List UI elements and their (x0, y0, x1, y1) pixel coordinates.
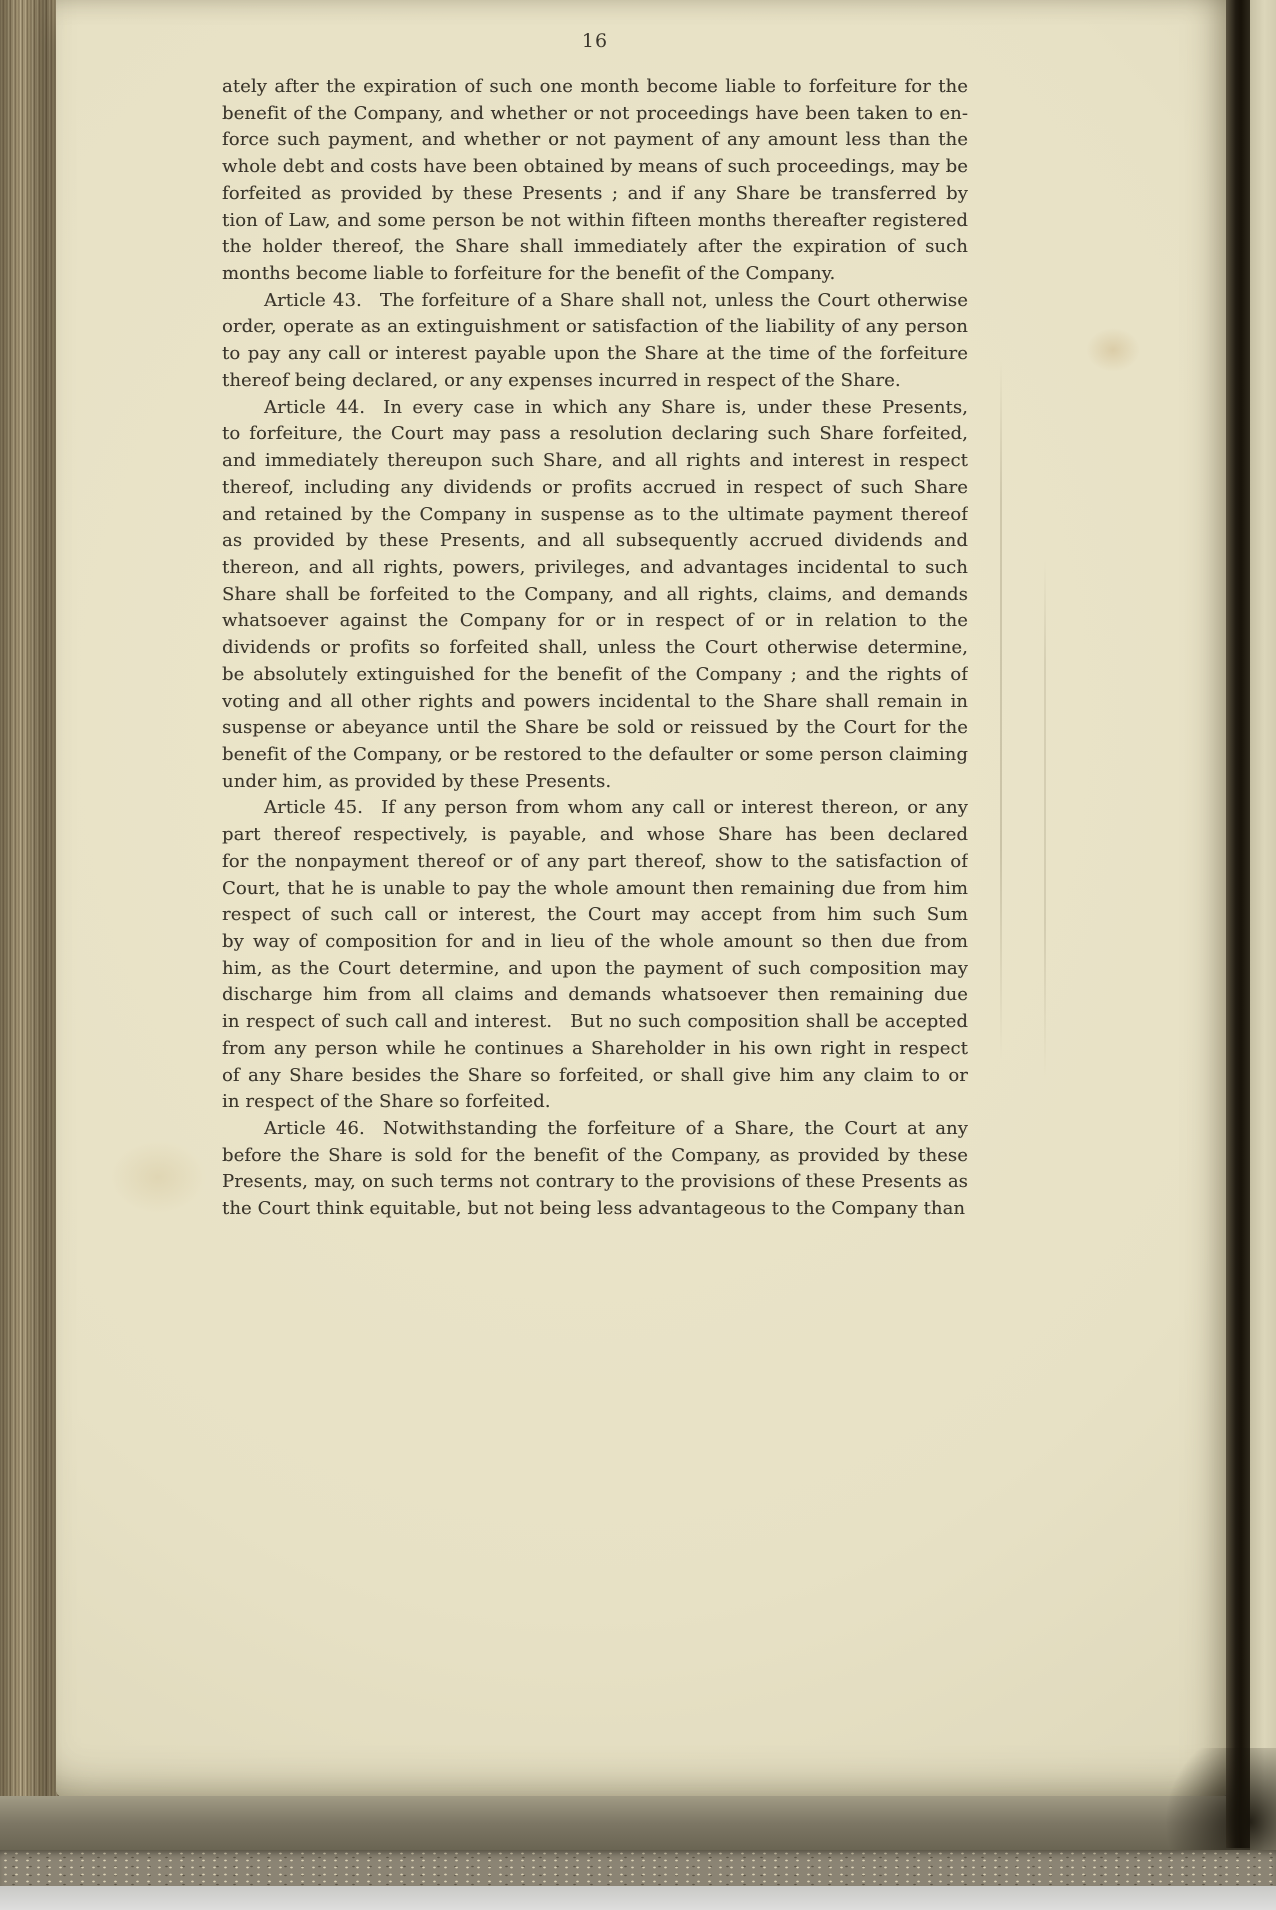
text-line: and retained by the Company in suspense … (222, 502, 968, 529)
page-bottom-shadow (0, 1796, 1276, 1856)
text-line: him, as the Court determine, and upon th… (222, 956, 968, 983)
paper-stain (1086, 328, 1140, 372)
text-line: whatsoever against the Company for or in… (222, 608, 968, 635)
scanner-bed (0, 1886, 1276, 1910)
text-line: and immediately thereupon such Share, an… (222, 448, 968, 475)
text-line: in respect of such call and interest. Bu… (222, 1009, 968, 1036)
text-line: by way of composition for and in lieu of… (222, 929, 968, 956)
text-line: from any person while he continues a Sha… (222, 1036, 968, 1063)
text-line: part thereof respectively, is payable, a… (222, 822, 968, 849)
text-line: respect of such call or interest, the Co… (222, 902, 968, 929)
paper-crease (1044, 560, 1046, 1080)
book-page: 16 ately after the expiration of such on… (56, 0, 1230, 1802)
text-line: of any Share besides the Share so forfei… (222, 1063, 968, 1090)
text-line: ately after the expiration of such one m… (222, 74, 968, 101)
paper-stain (110, 1140, 206, 1214)
text-line: the holder thereof, the Share shall imme… (222, 234, 968, 261)
text-line: under him, as provided by these Presents… (222, 769, 968, 796)
text-line: thereof, including any dividends or prof… (222, 475, 968, 502)
text-line: to forfeiture, the Court may pass a reso… (222, 421, 968, 448)
text-line: for the nonpayment thereof or of any par… (222, 849, 968, 876)
text-line: months become liable to forfeiture for t… (222, 261, 968, 288)
text-line: Share shall be forfeited to the Company,… (222, 582, 968, 609)
text-line: Article 46. Notwithstanding the forfeitu… (222, 1116, 968, 1143)
text-line: dividends or profits so forfeited shall,… (222, 635, 968, 662)
text-line: discharge him from all claims and demand… (222, 982, 968, 1009)
text-line: order, operate as an extinguishment or s… (222, 314, 968, 341)
text-line: as provided by these Presents, and all s… (222, 528, 968, 555)
text-line: the Court think equitable, but not being… (222, 1196, 968, 1223)
text-line: force such payment, and whether or not p… (222, 127, 968, 154)
text-line: to pay any call or interest payable upon… (222, 341, 968, 368)
page-text: ately after the expiration of such one m… (222, 74, 968, 1223)
text-line: Presents, may, on such terms not contrar… (222, 1169, 968, 1196)
text-line: Article 45. If any person from whom any … (222, 795, 968, 822)
text-line: thereof being declared, or any expenses … (222, 368, 968, 395)
page-gap-shadow (1226, 0, 1250, 1848)
text-line: in respect of the Share so forfeited. (222, 1089, 968, 1116)
text-line: be absolutely extinguished for the benef… (222, 662, 968, 689)
text-line: Court, that he is unable to pay the whol… (222, 876, 968, 903)
text-line: whole debt and costs have been obtained … (222, 154, 968, 181)
text-line: benefit of the Company, or be restored t… (222, 742, 968, 769)
speckled-surface (0, 1850, 1276, 1890)
text-line: forfeited as provided by these Presents … (222, 181, 968, 208)
text-line: voting and all other rights and powers i… (222, 689, 968, 716)
page-number: 16 (222, 30, 968, 52)
adjacent-page-edge (1250, 0, 1276, 1856)
text-line: suspense or abeyance until the Share be … (222, 715, 968, 742)
paper-crease (1000, 360, 1002, 1060)
text-line: before the Share is sold for the benefit… (222, 1143, 968, 1170)
text-line: Article 43. The forfeiture of a Share sh… (222, 288, 968, 315)
text-line: Article 44. In every case in which any S… (222, 395, 968, 422)
text-line: benefit of the Company, and whether or n… (222, 101, 968, 128)
book-scan: 16 ately after the expiration of such on… (0, 0, 1276, 1910)
text-line: tion of Law, and some person be not with… (222, 208, 968, 235)
text-line: thereon, and all rights, powers, privile… (222, 555, 968, 582)
